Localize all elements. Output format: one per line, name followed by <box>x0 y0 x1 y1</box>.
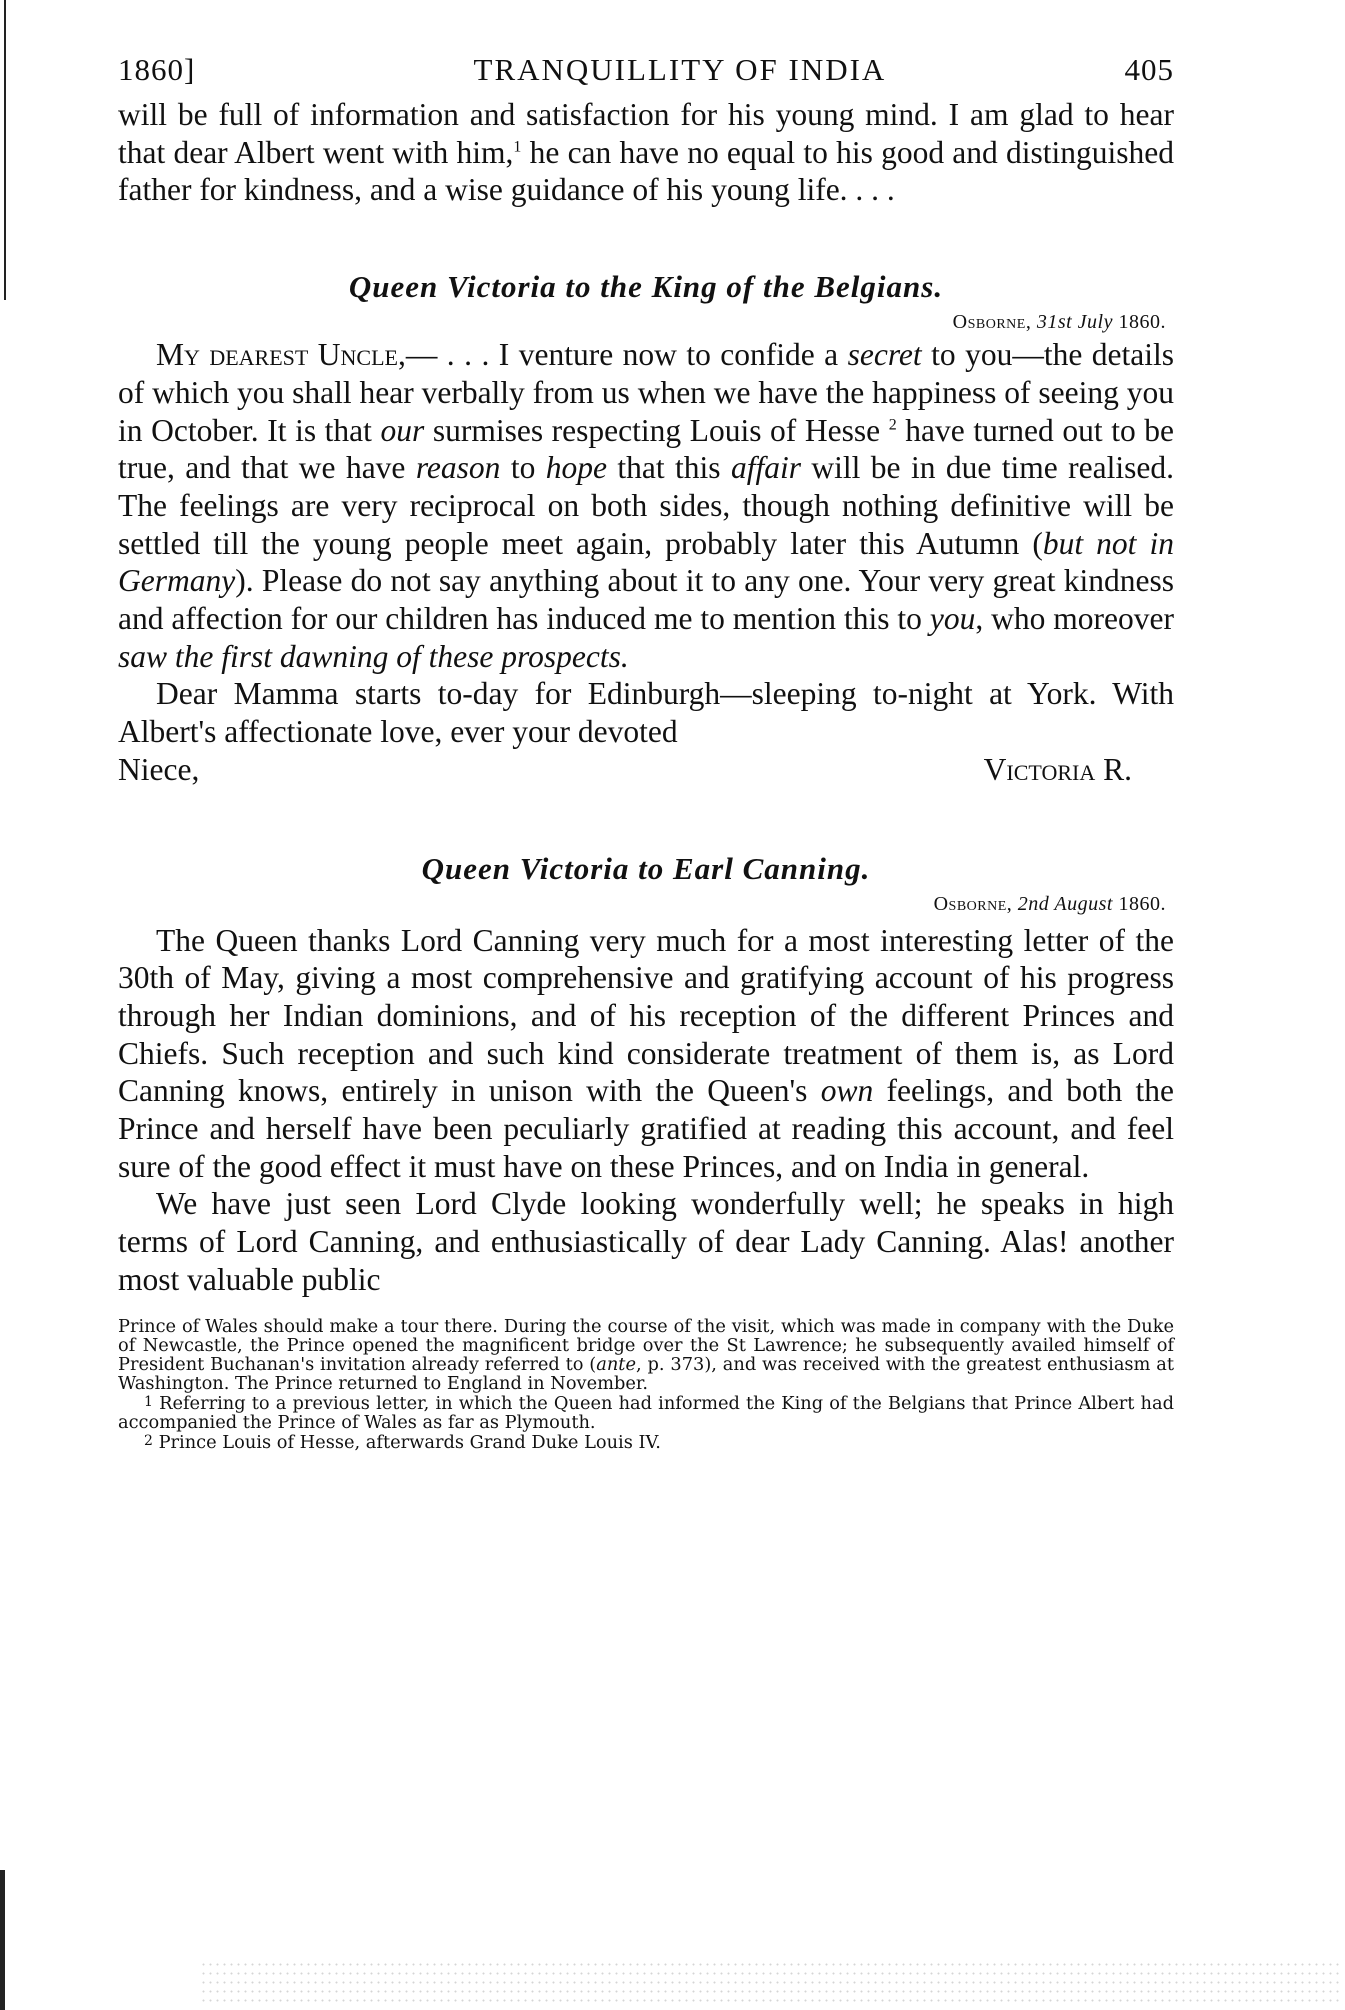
letter-heading: Queen Victoria to Earl Canning. <box>118 851 1174 887</box>
emphasis: reason <box>416 450 501 485</box>
scan-noise <box>200 1960 1340 2008</box>
footnote-number: 2 <box>144 1433 153 1449</box>
text-run: , who moreover <box>975 601 1174 636</box>
footnote-1: 1 Referring to a previous letter, in whi… <box>118 1393 1174 1432</box>
footnote-number: 1 <box>144 1394 153 1410</box>
text-run: surmises respecting Louis of Hesse <box>424 413 888 448</box>
letter-paragraph: Dear Mamma starts to-day for Edinburgh—s… <box>118 675 1174 750</box>
emphasis: ante <box>596 1354 636 1375</box>
letter-heading: Queen Victoria to the King of the Belgia… <box>118 269 1174 305</box>
footnote-carryover: Prince of Wales should make a tour there… <box>118 1317 1174 1393</box>
emphasis: saw the first dawning of these prospects… <box>118 639 629 674</box>
letter-body: My dearest Uncle,— . . . I venture now t… <box>118 336 1174 788</box>
letter-dateline: Osborne, 2nd August 1860. <box>118 893 1174 916</box>
running-head: 1860] TRANQUILLITY OF INDIA 405 <box>118 52 1174 96</box>
dateline-year: 1860. <box>1119 893 1167 915</box>
salutation: My dearest Uncle, <box>156 337 406 372</box>
text-run: — . . . I venture now to confide a <box>406 337 848 372</box>
dateline-date: 31st July <box>1037 311 1113 333</box>
running-head-title: TRANQUILLITY OF INDIA <box>474 52 887 88</box>
emphasis: affair <box>731 450 801 485</box>
letter-body: The Queen thanks Lord Canning very much … <box>118 922 1174 1299</box>
page-edge-shadow <box>4 0 6 300</box>
text-run: that this <box>607 450 731 485</box>
continuation-paragraph: will be full of information and satisfac… <box>118 96 1174 209</box>
page-number: 405 <box>1125 52 1175 88</box>
page-edge-shadow-lower <box>0 1870 5 2010</box>
letter-king-of-belgians: Queen Victoria to the King of the Belgia… <box>118 269 1174 788</box>
text-run: to <box>500 450 545 485</box>
footnotes: Prince of Wales should make a tour there… <box>118 1317 1174 1453</box>
signature: Victoria R. <box>984 751 1174 789</box>
emphasis: own <box>821 1073 874 1108</box>
footnote-text: Referring to a previous letter, in which… <box>118 1393 1174 1433</box>
dateline-place: Osborne, <box>953 311 1032 333</box>
emphasis: you <box>930 601 975 636</box>
letter-dateline: Osborne, 31st July 1860. <box>118 311 1174 334</box>
dateline-place: Osborne, <box>934 893 1013 915</box>
footnote-ref-2[interactable]: 2 <box>889 416 897 433</box>
book-page: 1860] TRANQUILLITY OF INDIA 405 will be … <box>118 52 1174 1452</box>
emphasis: our <box>381 413 425 448</box>
dateline-date: 2nd August <box>1018 893 1113 915</box>
footnote-text: Prince Louis of Hesse, afterwards Grand … <box>153 1432 661 1453</box>
letter-earl-canning: Queen Victoria to Earl Canning. Osborne,… <box>118 851 1174 1299</box>
letter-paragraph: We have just seen Lord Clyde looking won… <box>118 1185 1174 1298</box>
footnote-2: 2 Prince Louis of Hesse, afterwards Gran… <box>118 1432 1174 1452</box>
dateline-year: 1860. <box>1119 311 1167 333</box>
signature-line: Niece, Victoria R. <box>118 751 1174 789</box>
emphasis: secret <box>848 337 922 372</box>
letter-paragraph: My dearest Uncle,— . . . I venture now t… <box>118 336 1174 675</box>
running-head-year: 1860] <box>118 52 195 88</box>
letter-paragraph: The Queen thanks Lord Canning very much … <box>118 922 1174 1186</box>
emphasis: hope <box>546 450 607 485</box>
closing: Niece, <box>118 751 199 789</box>
